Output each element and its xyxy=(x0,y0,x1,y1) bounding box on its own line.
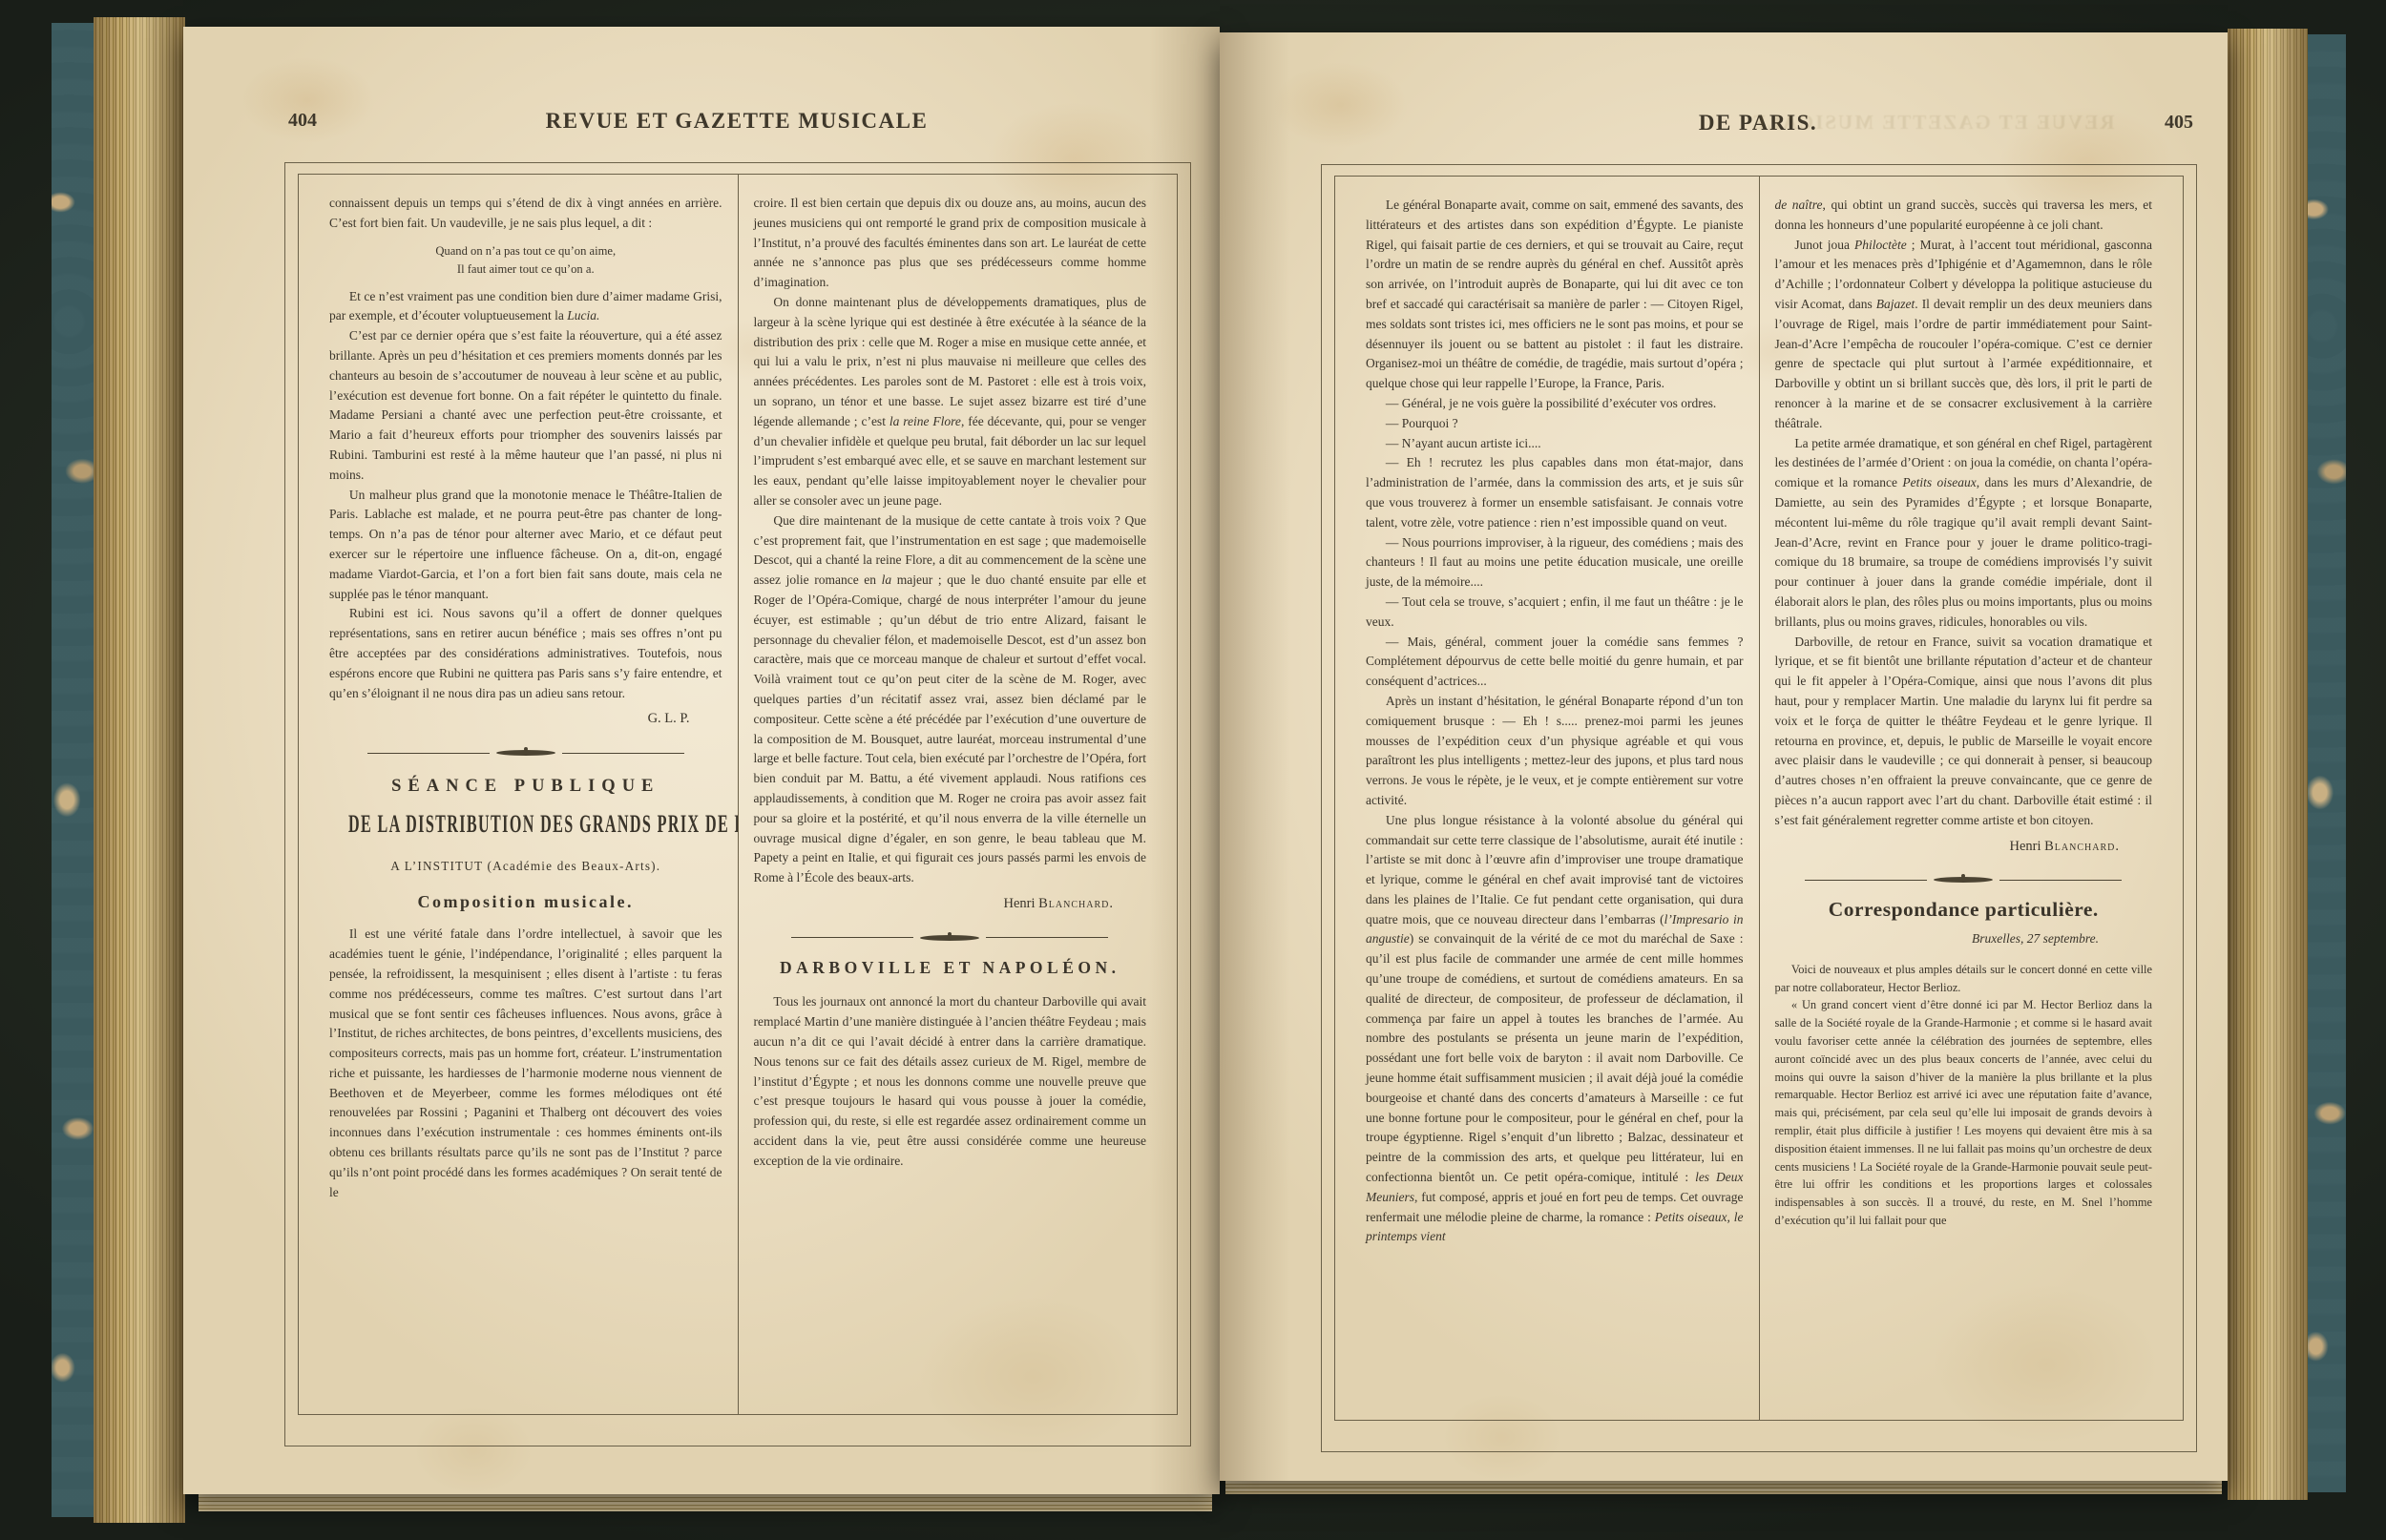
text-column-2: croire. Il est bien certain que depuis d… xyxy=(738,175,1178,1414)
paragraph: Après un instant d’hésitation, le généra… xyxy=(1366,692,1744,811)
text-run: Voici de nouveaux et plus amples détails… xyxy=(1775,963,2153,994)
text-run: croire. Il est bien certain que depuis d… xyxy=(754,196,1147,289)
text-run: Junot joua xyxy=(1794,238,1854,252)
paragraph: Voici de nouveaux et plus amples détails… xyxy=(1775,961,2153,997)
text-run: « Un grand concert vient d’être donné ic… xyxy=(1775,998,2153,1227)
marbled-cover-edge-right xyxy=(2306,34,2346,1492)
text-run: DARBOVILLE ET NAPOLÉON. xyxy=(780,958,1120,977)
paragraph: « Un grand concert vient d’être donné ic… xyxy=(1775,996,2153,1229)
text-column-4: de naître, qui obtint un grand succès, s… xyxy=(1759,177,2184,1420)
page-frame-inner: connaissent depuis un temps qui s’étend … xyxy=(298,174,1178,1415)
page-right-405: REVUE ET GAZETTE MUSICALE DE PARIS. 405 … xyxy=(1220,32,2228,1481)
text-run: Blanchard. xyxy=(2044,839,2120,854)
text-run: de naître xyxy=(1775,198,1823,212)
text-run: Tous les journaux ont annoncé la mort du… xyxy=(754,994,1147,1167)
article-title-darboville: DARBOVILLE ET NAPOLÉON. xyxy=(754,958,1147,978)
paragraph: On donne maintenant plus de développemen… xyxy=(754,293,1147,511)
section-divider-ornament xyxy=(754,935,1147,941)
text-run: Philoctète xyxy=(1854,238,1907,252)
sheet-edges-bottom-left xyxy=(199,1494,1212,1511)
book-scan-scene: 404 REVUE ET GAZETTE MUSICALE connaissen… xyxy=(0,0,2386,1540)
text-run: Après un instant d’hésitation, le généra… xyxy=(1366,694,1744,807)
signature-glp: G. L. P. xyxy=(329,709,722,729)
text-run: . Il devait remplir un des deux meuniers… xyxy=(1775,297,2153,430)
text-run: majeur ; que le duo chanté ensuite par e… xyxy=(754,572,1147,884)
paragraph: Tous les journaux ont annoncé la mort du… xyxy=(754,992,1147,1171)
dialogue-line: — Tout cela se trouve, s’acquiert ; enfi… xyxy=(1366,593,1744,633)
text-run: Blanchard. xyxy=(1038,896,1114,911)
text-run: , qui obtint un grand succès, succès qui… xyxy=(1775,198,2152,232)
text-run: — N’ayant aucun artiste ici.... xyxy=(1386,436,1541,450)
text-run: Et ce n’est vraiment pas une condition b… xyxy=(329,289,722,323)
paragraph: Darboville, de retour en France, suivit … xyxy=(1775,633,2153,831)
text-run: — Mais, général, comment jouer la comédi… xyxy=(1366,635,1744,689)
text-run: — Eh ! recrutez les plus capables dans m… xyxy=(1366,455,1744,529)
divider-lens xyxy=(496,750,555,756)
text-run: , dans les murs d’Alexandrie, de Damiett… xyxy=(1775,475,2153,629)
text-run: Une plus longue résistance à la volonté … xyxy=(1366,813,1744,926)
text-run: la reine Flore xyxy=(890,414,961,428)
page-stack-fore-edge-left xyxy=(94,17,185,1523)
dialogue-line: — Pourquoi ? xyxy=(1366,414,1744,434)
article-subtitle-distribution: DE LA DISTRIBUTION DES GRANDS PRIX DE RO… xyxy=(329,814,722,836)
page-number-right: 405 xyxy=(2165,112,2193,134)
article-title-seance-publique: SÉANCE PUBLIQUE xyxy=(329,777,722,797)
text-run: — Tout cela se trouve, s’acquiert ; enfi… xyxy=(1366,594,1744,629)
running-head-left: 404 REVUE ET GAZETTE MUSICALE xyxy=(284,109,1189,134)
paragraph: croire. Il est bien certain que depuis d… xyxy=(754,194,1147,293)
signature-blanchard: Henri Blanchard. xyxy=(1775,837,2153,857)
text-column-1: connaissent depuis un temps qui s’étend … xyxy=(299,175,738,1414)
paragraph: Rubini est ici. Nous savons qu’il a offe… xyxy=(329,604,722,703)
dialogue-line: — Mais, général, comment jouer la comédi… xyxy=(1366,633,1744,692)
marbled-cover-edge-left xyxy=(52,23,95,1517)
paragraph: Un malheur plus grand que la monotonie m… xyxy=(329,486,722,605)
divider-lens xyxy=(1934,877,1993,883)
dateline-bruxelles: Bruxelles, 27 septembre. xyxy=(1775,929,2153,949)
page-frame-outer: connaissent depuis un temps qui s’étend … xyxy=(284,162,1191,1446)
paragraph: connaissent depuis un temps qui s’étend … xyxy=(329,194,722,234)
dialogue-line: — Général, je ne vois guère la possibili… xyxy=(1366,394,1744,414)
verse-line: Il faut aimer tout ce qu’on a. xyxy=(329,260,722,279)
bleedthrough-text: REVUE ET GAZETTE MUSICALE xyxy=(1679,111,2186,135)
text-run: C’est par ce dernier opéra que s’est fai… xyxy=(329,328,722,482)
article-subtitle-composition: Composition musicale. xyxy=(329,892,722,912)
paragraph: Que dire maintenant de la musique de cet… xyxy=(754,511,1147,888)
verse-line: Quand on n’a pas tout ce qu’on aime, xyxy=(329,242,722,260)
divider-line xyxy=(1999,880,2122,881)
paragraph: Et ce n’est vraiment pas une condition b… xyxy=(329,287,722,327)
text-run: A L’INSTITUT (Académie des Beaux-Arts). xyxy=(390,859,660,873)
text-run: Rubini est ici. Nous savons qu’il a offe… xyxy=(329,606,722,699)
verse-quote: Quand on n’a pas tout ce qu’on aime,Il f… xyxy=(329,242,722,279)
dialogue-line: — N’ayant aucun artiste ici.... xyxy=(1366,434,1744,454)
paragraph: Junot joua Philoctète ; Murat, à l’accen… xyxy=(1775,236,2153,434)
text-run: — Général, je ne vois guère la possibili… xyxy=(1386,396,1716,410)
text-run: Il est une vérité fatale dans l’ordre in… xyxy=(329,926,722,1198)
page-frame-outer: Le général Bonaparte avait, comme on sai… xyxy=(1321,164,2197,1452)
gutter-shadow xyxy=(1220,32,1308,1481)
text-run: Le général Bonaparte avait, comme on sai… xyxy=(1366,198,1744,390)
text-run: ) se convainquit de la vérité de ce mot … xyxy=(1366,931,1744,1184)
paragraph: Il est une vérité fatale dans l’ordre in… xyxy=(329,925,722,1202)
text-run: — Pourquoi ? xyxy=(1386,416,1458,430)
paragraph: Le général Bonaparte avait, comme on sai… xyxy=(1366,196,1744,394)
divider-line xyxy=(791,937,913,938)
dialogue-line: — Eh ! recrutez les plus capables dans m… xyxy=(1366,453,1744,532)
paragraph: La petite armée dramatique, et son génér… xyxy=(1775,434,2153,633)
text-run: Un malheur plus grand que la monotonie m… xyxy=(329,488,722,601)
divider-line xyxy=(367,753,490,754)
divider-lens xyxy=(920,935,979,941)
section-divider-ornament xyxy=(1775,877,2153,883)
text-run: Correspondance particulière. xyxy=(1829,898,2099,921)
text-run: la xyxy=(882,572,892,587)
text-run: On donne maintenant plus de développemen… xyxy=(754,295,1147,428)
text-run: Petits oiseaux xyxy=(1902,475,1976,489)
page-left-404: 404 REVUE ET GAZETTE MUSICALE connaissen… xyxy=(183,27,1220,1494)
paragraph: Une plus longue résistance à la volonté … xyxy=(1366,811,1744,1248)
text-run: connaissent depuis un temps qui s’étend … xyxy=(329,196,722,230)
column-layout: connaissent depuis un temps qui s’étend … xyxy=(299,175,1177,1414)
text-run: Darboville, de retour en France, suivit … xyxy=(1775,635,2153,827)
divider-line xyxy=(1805,880,1927,881)
article-title-correspondance: Correspondance particulière. xyxy=(1775,900,2153,920)
dialogue-line: — Nous pourrions improviser, à la rigueu… xyxy=(1366,533,1744,593)
running-title-left: REVUE ET GAZETTE MUSICALE xyxy=(284,109,1189,134)
section-divider-ornament xyxy=(329,750,722,756)
article-subtitle-institut: A L’INSTITUT (Académie des Beaux-Arts). xyxy=(329,857,722,877)
column-layout: Le général Bonaparte avait, comme on sai… xyxy=(1335,177,2183,1420)
text-run: Henri xyxy=(2010,839,2045,854)
text-run: Lucia. xyxy=(567,308,599,323)
sheet-edges-bottom-right xyxy=(1225,1481,2222,1494)
text-run: DE LA DISTRIBUTION DES GRANDS PRIX DE RO… xyxy=(348,809,737,839)
page-stack-fore-edge-right xyxy=(2228,29,2308,1500)
text-run: Composition musicale. xyxy=(417,892,634,911)
text-column-3: Le général Bonaparte avait, comme on sai… xyxy=(1335,177,1759,1420)
text-run: Henri xyxy=(1004,896,1039,911)
text-run: Bajazet xyxy=(1876,297,1915,311)
running-head-right: REVUE ET GAZETTE MUSICALE DE PARIS. 405 xyxy=(1321,111,2195,135)
signature-blanchard: Henri Blanchard. xyxy=(754,894,1147,914)
text-run: Bruxelles, 27 septembre. xyxy=(1972,931,2099,946)
text-run: SÉANCE PUBLIQUE xyxy=(391,777,659,796)
divider-line xyxy=(562,753,684,754)
page-number-left: 404 xyxy=(288,110,317,132)
text-run: — Nous pourrions improviser, à la rigueu… xyxy=(1366,535,1744,590)
paragraph: de naître, qui obtint un grand succès, s… xyxy=(1775,196,2153,236)
divider-line xyxy=(986,937,1108,938)
paragraph: C’est par ce dernier opéra que s’est fai… xyxy=(329,326,722,485)
page-frame-inner: Le général Bonaparte avait, comme on sai… xyxy=(1334,176,2184,1421)
text-run: G. L. P. xyxy=(648,711,690,726)
